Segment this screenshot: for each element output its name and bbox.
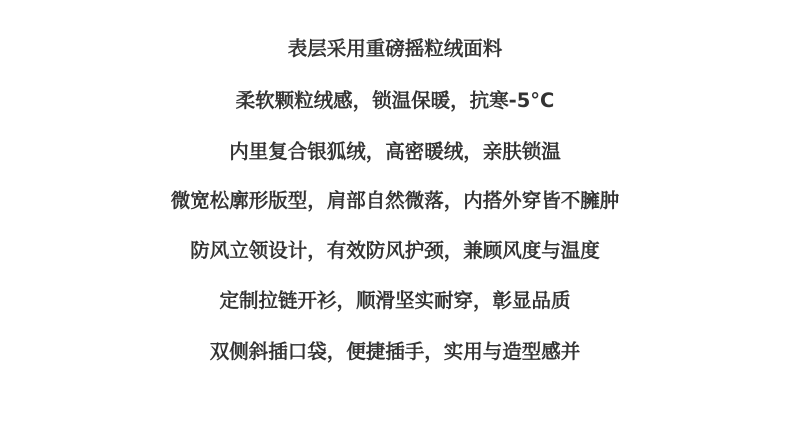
feature-line-lining: 内里复合银狐绒，高密暖绒，亲肤锁温 (0, 139, 790, 165)
feature-line-fabric: 表层采用重磅摇粒绒面料 (0, 36, 790, 62)
feature-line-zipper: 定制拉链开衫，顺滑坚实耐穿，彰显品质 (0, 288, 790, 314)
feature-line-warmth: 柔软颗粒绒感，锁温保暖，抗寒-5°C (0, 88, 790, 114)
feature-line-pockets: 双侧斜插口袋，便捷插手，实用与造型感并 (0, 339, 790, 365)
feature-line-fit: 微宽松廓形版型，肩部自然微落，内搭外穿皆不臃肿 (0, 188, 790, 214)
feature-line-collar: 防风立领设计，有效防风护颈，兼顾风度与温度 (0, 238, 790, 264)
product-feature-list: 表层采用重磅摇粒绒面料 柔软颗粒绒感，锁温保暖，抗寒-5°C 内里复合银狐绒，高… (0, 0, 790, 436)
